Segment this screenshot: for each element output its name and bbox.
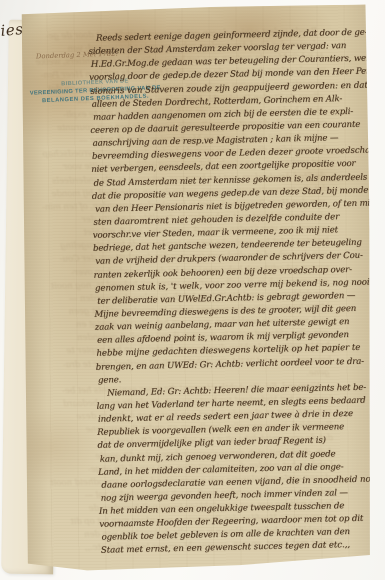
manuscript-page: Reeds sedert eenige dagen geinformeerd z…: [20, 4, 373, 571]
manuscript-scan: ties. Reeds sedert eenige dagen geinform…: [0, 0, 385, 580]
text-block: Reeds sedert eenige dagen geinformeerd z…: [88, 27, 372, 559]
